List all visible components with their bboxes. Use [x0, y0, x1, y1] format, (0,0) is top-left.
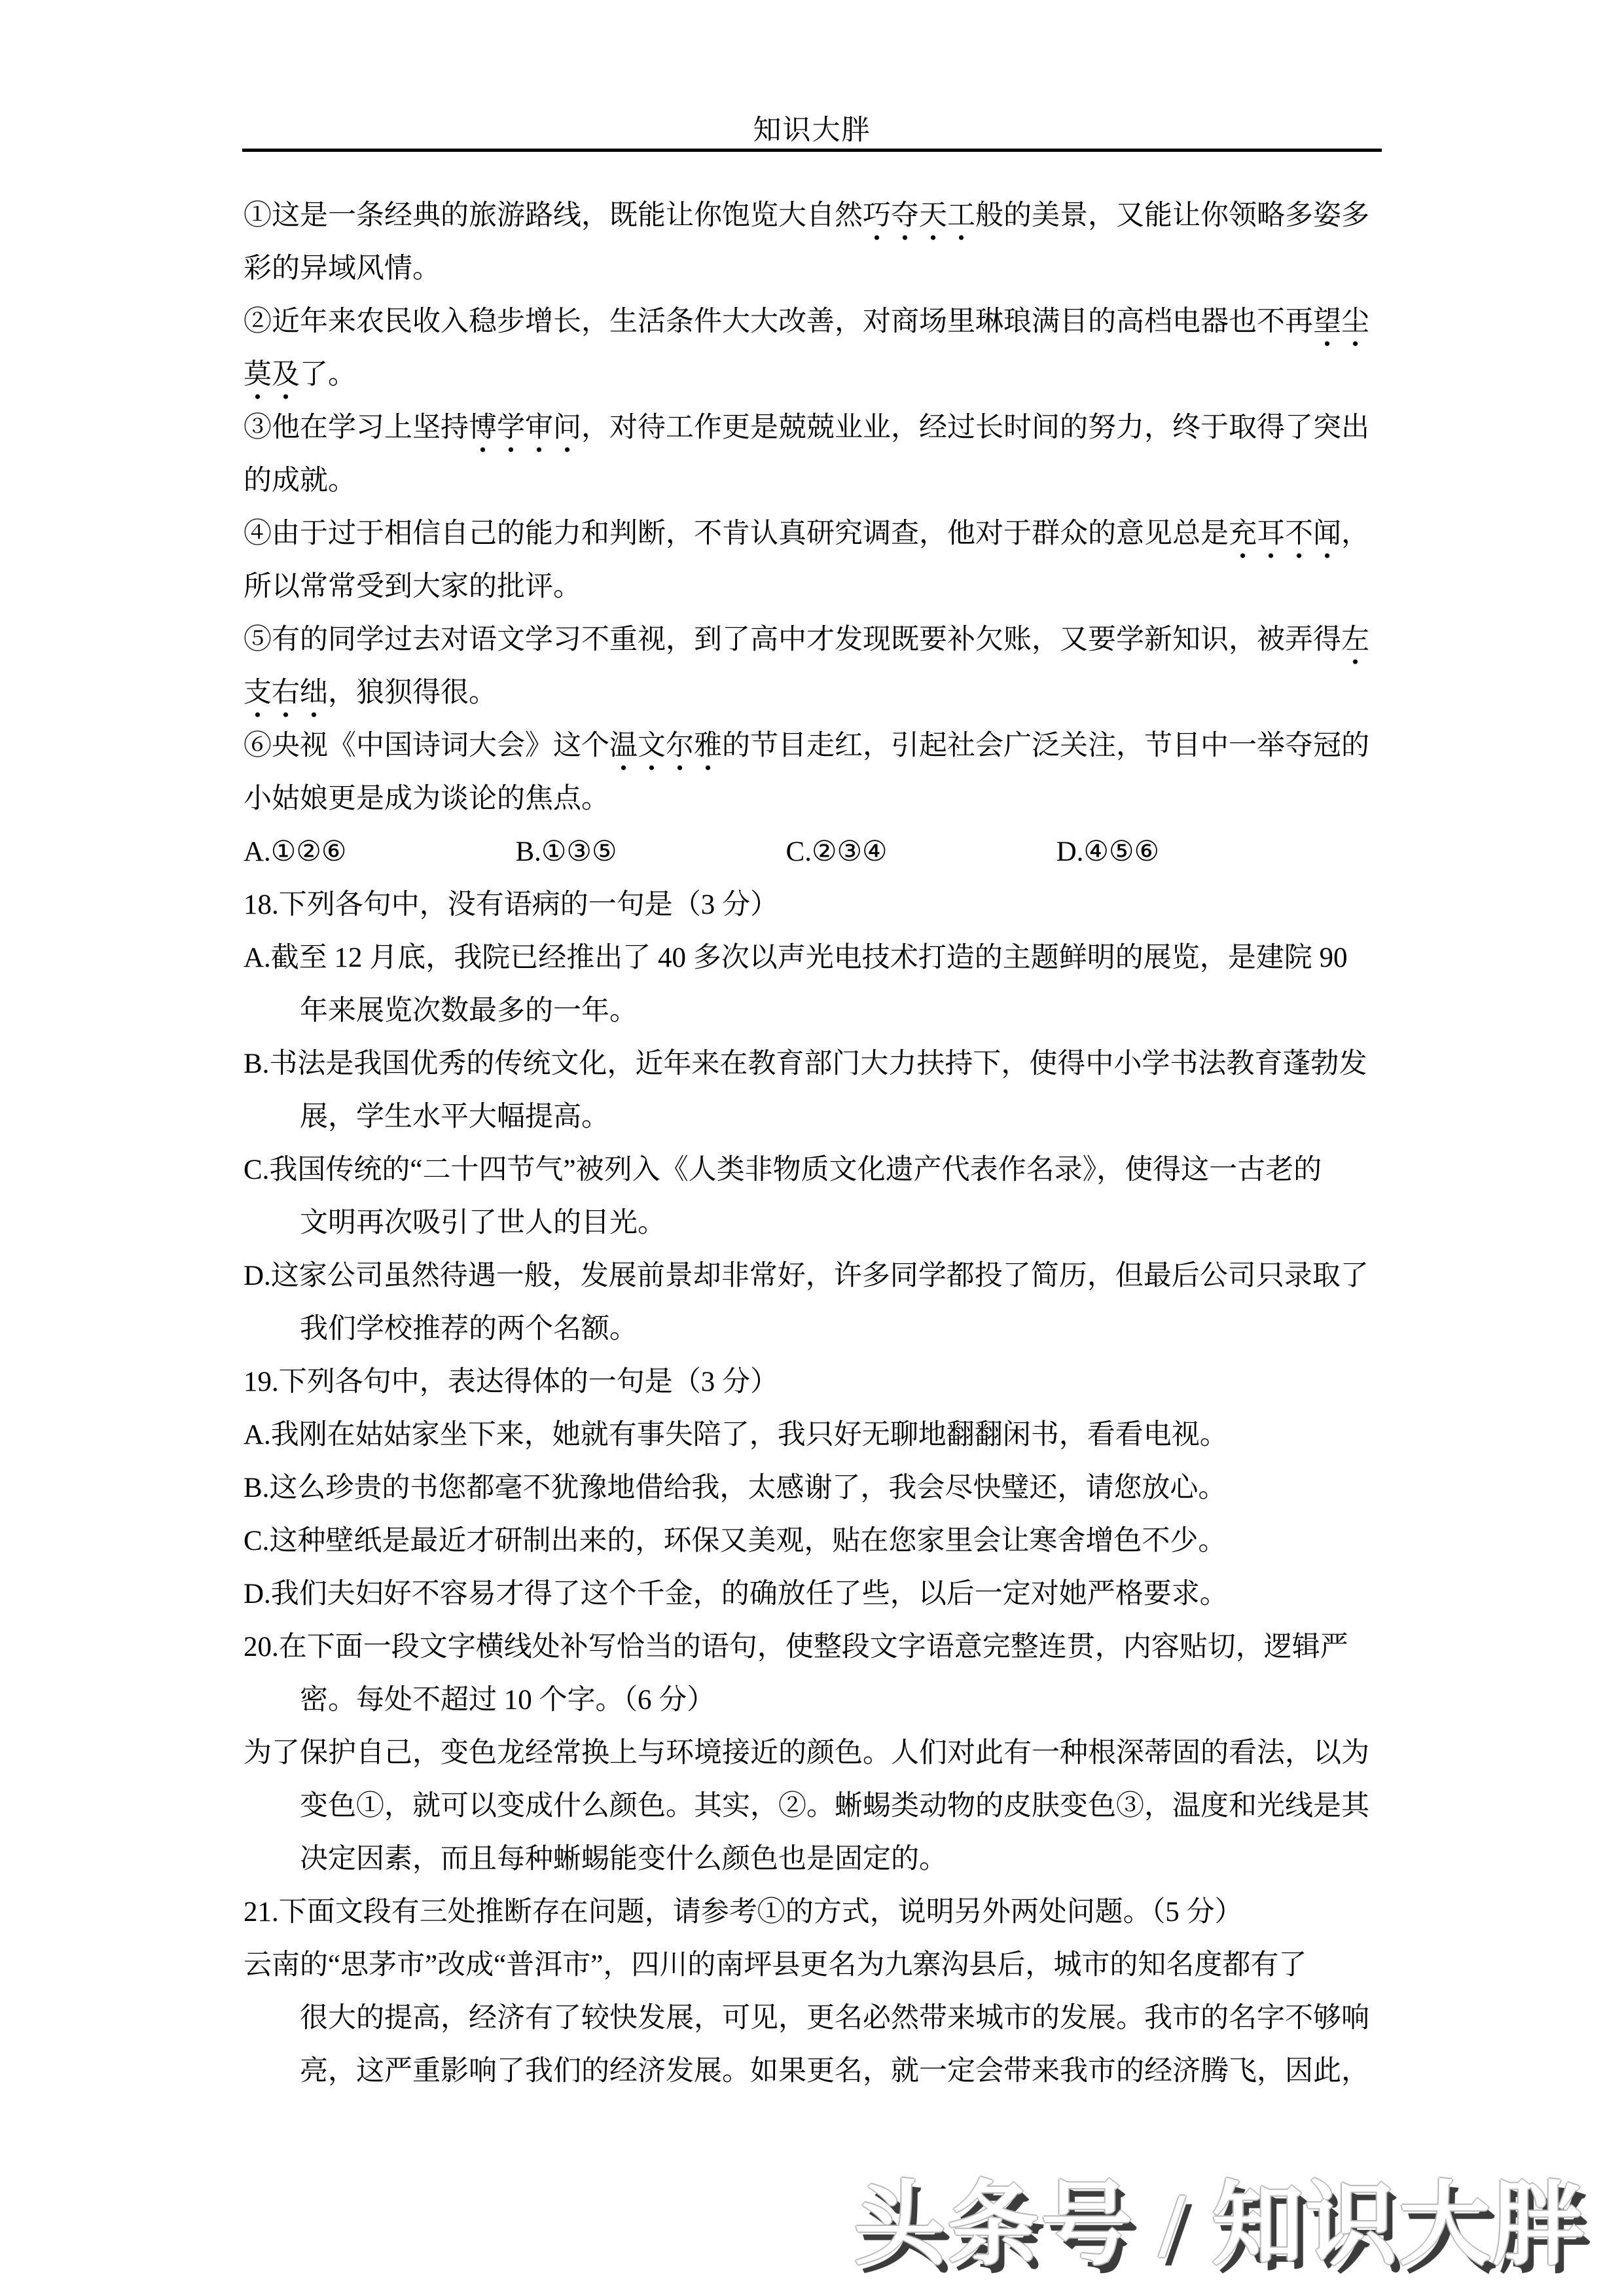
text-segment: 了。 [300, 359, 356, 390]
text-line-33: 21.下面文段有三处推断存在问题，请参考①的方式，说明另外两处问题。（5 分） [244, 1886, 1386, 1939]
text-line-18: 展，学生水平大幅提高。 [244, 1090, 1386, 1143]
text-segment: A.我刚在姑姑家坐下来，她就有事失陪了，我只好无聊地翻翻闲书，看看电视。 [244, 1420, 1228, 1450]
text-line-1: ①这是一条经典的旅游路线，既能让你饱览大自然巧夺天工般的美景，又能让你领略多姿多 [244, 189, 1386, 242]
text-line-12: 小姑娘更是成为谈论的焦点。 [244, 772, 1386, 825]
text-line-5: ③他在学习上坚持博学审问，对待工作更是兢兢业业，经过长时间的努力，终于取得了突出 [244, 401, 1386, 454]
text-line-22: 我们学校推荐的两个名额。 [244, 1302, 1386, 1355]
text-line-6: 的成就。 [244, 454, 1386, 507]
text-line-32: 决定因素，而且每种蜥蜴能变什么颜色也是固定的。 [244, 1833, 1386, 1886]
text-line-10: 支右绌，狼狈得很。 [244, 666, 1386, 719]
text-segment: 般的美景，又能让你领略多姿多 [975, 200, 1369, 231]
text-line-20: 文明再次吸引了世人的目光。 [244, 1196, 1386, 1249]
text-segment: A.截至 12 月底，我院已经推出了 40 多次以声光电技术打造的主题鲜明的展览… [244, 942, 1348, 973]
text-line-27: D.我们夫妇好不容易才得了这个千金，的确放任了些，以后一定对她严格要求。 [244, 1568, 1386, 1621]
text-segment: 我们学校推荐的两个名额。 [300, 1314, 638, 1344]
text-segment: 展，学生水平大幅提高。 [300, 1102, 609, 1132]
text-line-11: ⑥央视《中国诗词大会》这个温文尔雅的节目走红，引起社会广泛关注，节目中一举夺冠的 [244, 719, 1386, 772]
text-line-24: A.我刚在姑姑家坐下来，她就有事失陪了，我只好无聊地翻翻闲书，看看电视。 [244, 1408, 1386, 1462]
text-line-30: 为了保护自己，变色龙经常换上与环境接近的颜色。人们对此有一种根深蒂固的看法，以为 [244, 1727, 1386, 1780]
page-header-title: 知识大胖 [0, 115, 1624, 147]
text-segment: 为了保护自己，变色龙经常换上与环境接近的颜色。人们对此有一种根深蒂固的看法，以为 [244, 1738, 1369, 1768]
text-segment: 亮，这严重影响了我们的经济发展。如果更名，就一定会带来我市的经济腾飞，因此， [300, 2056, 1369, 2087]
text-line-17: B.书法是我国优秀的传统文化，近年来在教育部门大力扶持下，使得中小学书法教育蓬勃… [244, 1037, 1386, 1090]
text-line-8: 所以常常受到大家的批评。 [244, 560, 1386, 613]
text-segment: 的成就。 [244, 465, 356, 496]
text-line-31: 变色①，就可以变成什么颜色。其实，②。蜥蜴类动物的皮肤变色③，温度和光线是其 [244, 1780, 1386, 1833]
text-line-35: 很大的提高，经济有了较快发展，可见，更名必然带来城市的发展。我市的名字不够响 [244, 1992, 1386, 2045]
text-segment: ，对待工作更是兢兢业业，经过长时间的努力，终于取得了突出 [581, 412, 1369, 443]
text-segment: 彩的异域风情。 [244, 253, 441, 284]
text-segment: D.我们夫妇好不容易才得了这个千金，的确放任了些，以后一定对她严格要求。 [244, 1579, 1228, 1609]
text-segment: 18.下列各句中，没有语病的一句是（3 分） [244, 889, 778, 920]
text-segment: D.这家公司虽然待遇一般，发展前景却非常好，许多同学都投了简历，但最后公司只录取… [244, 1261, 1369, 1291]
text-segment: B.这么珍贵的书您都毫不犹豫地借给我，太感谢了，我会尽快璧还，请您放心。 [244, 1473, 1226, 1503]
text-segment: ， [1341, 518, 1369, 549]
text-segment: 很大的提高，经济有了较快发展，可见，更名必然带来城市的发展。我市的名字不够响 [300, 2003, 1369, 2034]
document-body: ①这是一条经典的旅游路线，既能让你饱览大自然巧夺天工般的美景，又能让你领略多姿多… [244, 189, 1386, 2098]
watermark: 头条号 / 知识大胖 [854, 2151, 1586, 2283]
text-segment: 变色①，就可以变成什么颜色。其实，②。蜥蜴类动物的皮肤变色③，温度和光线是其 [300, 1791, 1369, 1821]
text-segment: 20.在下面一段文字横线处补写恰当的语句，使整段文字语意完整连贯，内容贴切，逻辑… [244, 1632, 1348, 1662]
emphasized-text: 莫及 [244, 359, 300, 400]
emphasized-text: 望尘 [1313, 306, 1369, 347]
text-line-16: 年来展览次数最多的一年。 [244, 984, 1386, 1037]
text-segment: 小姑娘更是成为谈论的焦点。 [244, 783, 609, 814]
text-segment: ⑥央视《中国诗词大会》这个 [244, 730, 609, 761]
text-line-7: ④由于过于相信自己的能力和判断，不肯认真研究调查，他对于群众的意见总是充耳不闻， [244, 507, 1386, 560]
text-segment: ④由于过于相信自己的能力和判断，不肯认真研究调查，他对于群众的意见总是 [244, 518, 1229, 549]
text-line-26: C.这种壁纸是最近才研制出来的，环保又美观，贴在您家里会让寒舍增色不少。 [244, 1515, 1386, 1568]
text-segment: ③他在学习上坚持 [244, 412, 469, 443]
emphasized-text: 博学审问 [469, 412, 581, 453]
text-line-4: 莫及了。 [244, 348, 1386, 401]
text-segment: ，狼狈得很。 [328, 677, 497, 708]
emphasized-text: 充耳不闻 [1229, 518, 1341, 559]
text-segment: ①这是一条经典的旅游路线，既能让你饱览大自然 [244, 200, 863, 231]
emphasized-text: 温文尔雅 [609, 730, 722, 771]
text-line-3: ②近年来农民收入稳步增长，生活条件大大改善，对商场里琳琅满目的高档电器也不再望尘 [244, 295, 1386, 348]
text-line-9: ⑤有的同学过去对语文学习不重视，到了高中才发现既要补欠账，又要学新知识，被弄得左 [244, 613, 1386, 666]
text-segment: 云南的“思茅市”改成“普洱市”，四川的南坪县更名为九寨沟县后，城市的知名度都有了 [244, 1950, 1307, 1981]
text-segment: 19.下列各句中，表达得体的一句是（3 分） [244, 1367, 778, 1397]
text-line-23: 19.下列各句中，表达得体的一句是（3 分） [244, 1355, 1386, 1408]
text-segment: C.我国传统的“二十四节气”被列入《人类非物质文化遗产代表作名录》，使得这一古老… [244, 1155, 1322, 1185]
text-segment: 的节目走红，引起社会广泛关注，节目中一举夺冠的 [722, 730, 1369, 761]
text-line-14: 18.下列各句中，没有语病的一句是（3 分） [244, 878, 1386, 931]
text-line-2: 彩的异域风情。 [244, 242, 1386, 295]
text-segment: 决定因素，而且每种蜥蜴能变什么颜色也是固定的。 [300, 1844, 947, 1874]
text-line-13: A.①②⑥ B.①③⑤ C.②③④ D.④⑤⑥ [244, 825, 1386, 878]
text-line-28: 20.在下面一段文字横线处补写恰当的语句，使整段文字语意完整连贯，内容贴切，逻辑… [244, 1621, 1386, 1674]
text-line-19: C.我国传统的“二十四节气”被列入《人类非物质文化遗产代表作名录》，使得这一古老… [244, 1143, 1386, 1196]
text-segment: 年来展览次数最多的一年。 [300, 996, 638, 1026]
text-line-34: 云南的“思茅市”改成“普洱市”，四川的南坪县更名为九寨沟县后，城市的知名度都有了 [244, 1939, 1386, 1992]
text-segment: A.①②⑥ B.①③⑤ C.②③④ D.④⑤⑥ [244, 836, 1159, 867]
text-line-29: 密。每处不超过 10 个字。（6 分） [244, 1674, 1386, 1727]
text-segment: B.书法是我国优秀的传统文化，近年来在教育部门大力扶持下，使得中小学书法教育蓬勃… [244, 1049, 1367, 1079]
emphasized-text: 支右绌 [244, 677, 328, 718]
text-line-25: B.这么珍贵的书您都毫不犹豫地借给我，太感谢了，我会尽快璧还，请您放心。 [244, 1462, 1386, 1515]
text-segment: 21.下面文段有三处推断存在问题，请参考①的方式，说明另外两处问题。（5 分） [244, 1897, 1243, 1928]
text-segment: 文明再次吸引了世人的目光。 [300, 1208, 666, 1238]
text-segment: 密。每处不超过 10 个字。（6 分） [300, 1685, 715, 1715]
text-segment: C.这种壁纸是最近才研制出来的，环保又美观，贴在您家里会让寒舍增色不少。 [244, 1526, 1226, 1556]
text-segment: ⑤有的同学过去对语文学习不重视，到了高中才发现既要补欠账，又要学新知识，被弄得 [244, 624, 1341, 655]
text-segment: 所以常常受到大家的批评。 [244, 571, 581, 602]
text-line-15: A.截至 12 月底，我院已经推出了 40 多次以声光电技术打造的主题鲜明的展览… [244, 931, 1386, 984]
header-divider-line [242, 149, 1382, 152]
emphasized-text: 左 [1341, 624, 1369, 665]
text-line-36: 亮，这严重影响了我们的经济发展。如果更名，就一定会带来我市的经济腾飞，因此， [244, 2045, 1386, 2098]
emphasized-text: 巧夺天工 [863, 200, 975, 241]
text-line-21: D.这家公司虽然待遇一般，发展前景却非常好，许多同学都投了简历，但最后公司只录取… [244, 1249, 1386, 1302]
document-page: 知识大胖 ①这是一条经典的旅游路线，既能让你饱览大自然巧夺天工般的美景，又能让你… [0, 0, 1624, 2296]
text-segment: ②近年来农民收入稳步增长，生活条件大大改善，对商场里琳琅满目的高档电器也不再 [244, 306, 1313, 337]
